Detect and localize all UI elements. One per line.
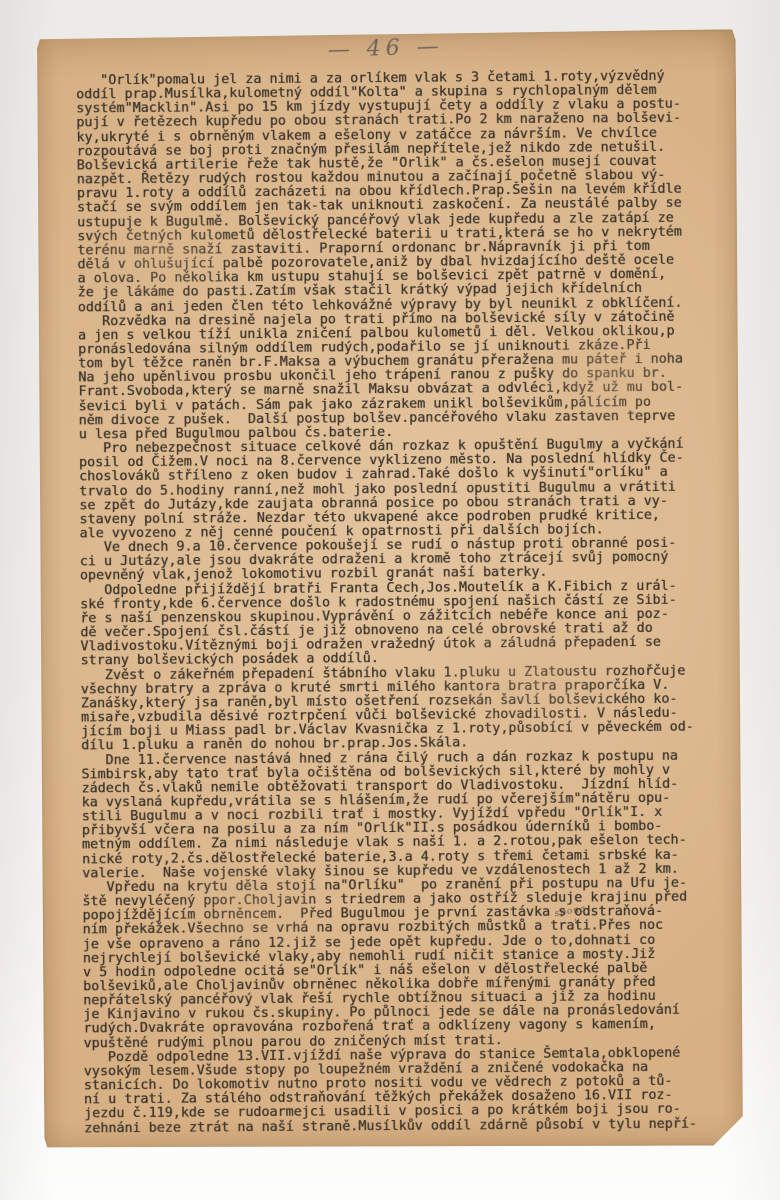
typewritten-text: "Orlík"pomalu jel za nimi a za orlíkem v… xyxy=(76,69,734,1136)
paragraph: Dne 11.července nastává hned z rána čilý… xyxy=(81,749,732,882)
insert-caret-mark: ∨ xyxy=(574,917,581,928)
paragraph: Vpředu na krytu děla stojí na"Orlíku" po… xyxy=(82,876,733,1051)
paragraph: Zvěst o zákeřném přepadení štábního vlak… xyxy=(81,664,732,754)
paragraph: "Orlík"pomalu jel za nimi a za orlíkem v… xyxy=(76,69,728,315)
page-number-handwritten: — 46 — xyxy=(36,24,736,73)
document-page: — 46 — "Orlík"pomalu jel za nimi a za or… xyxy=(36,29,745,1150)
paragraph: Rozvědka na dresině najela po trati přím… xyxy=(78,310,729,443)
paragraph: Pozdě odpoledne 13.VII.vjíždí naše výpra… xyxy=(84,1046,735,1136)
paragraph: Odpoledne přijíždějí bratři Franta Čech,… xyxy=(80,579,731,669)
paragraph: Pro nebezpečnost situace celkové dán roz… xyxy=(79,437,730,541)
paragraph: Ve dnech 9.a 10.července pokoušejí se ru… xyxy=(80,536,730,584)
photo-backdrop: — 46 — "Orlík"pomalu jel za nimi a za or… xyxy=(0,0,780,1200)
